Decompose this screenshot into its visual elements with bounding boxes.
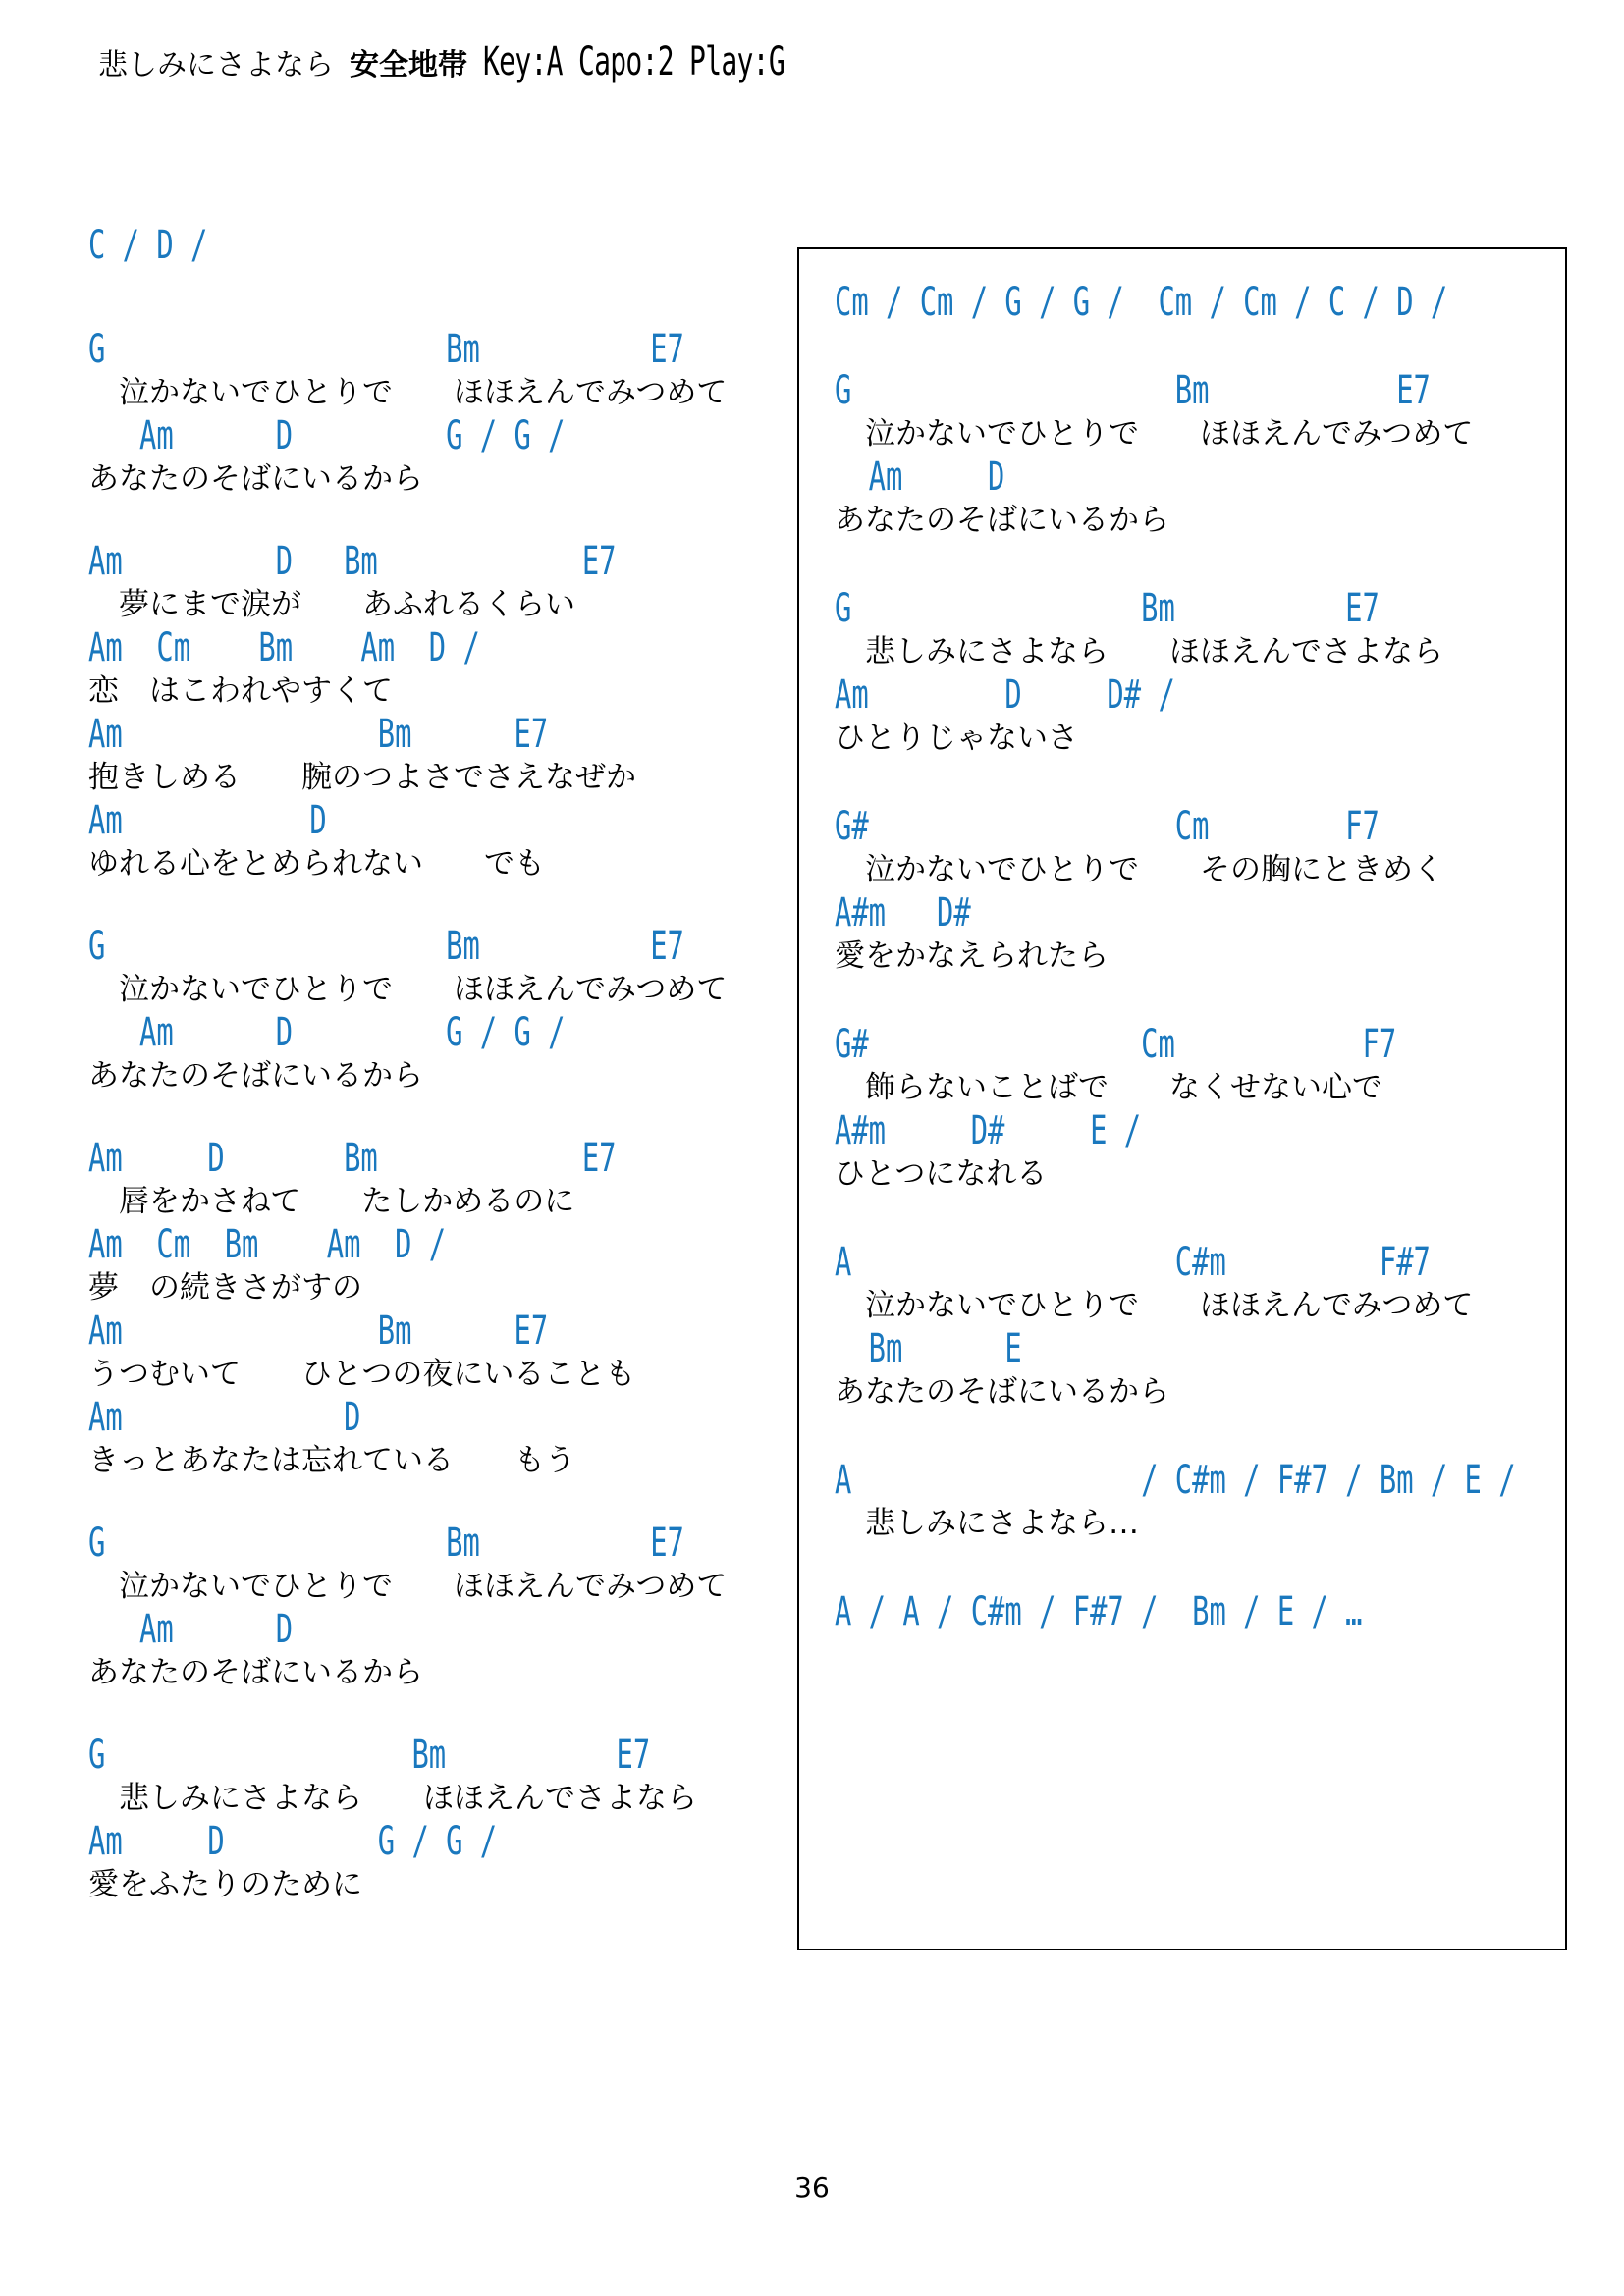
chord-line: G Bm E7 — [88, 1522, 583, 1565]
lyric-line: 恋 はこわれやすくて — [88, 669, 776, 713]
lyric-line: ひとつになれる — [835, 1152, 1565, 1196]
chord-line: G Bm E7 — [835, 587, 1361, 630]
chord-line: Am D — [88, 1396, 583, 1439]
song-block: G Bm E7 泣かないでひとりで ほほえんでみつめて Am Dあなたのそばにい… — [835, 369, 1565, 542]
chord-line: Am D — [835, 455, 1361, 499]
chord-line: A C#m F#7 — [835, 1241, 1361, 1284]
lyric-line: 泣かないでひとりで その胸にときめく — [835, 848, 1565, 891]
song-block: A / C#m / F#7 / Bm / E / 悲しみにさよなら… — [835, 1459, 1565, 1545]
lyric-line: 愛をふたりのために — [88, 1863, 776, 1906]
chord-line: Bm E — [835, 1327, 1361, 1370]
song-block: G Bm E7 悲しみにさよなら ほほえんでさよならAm D G / G /愛を… — [88, 1734, 776, 1906]
page-footer: 36 — [0, 2171, 1624, 2204]
lyric-line: うつむいて ひとつの夜にいることも — [88, 1353, 776, 1396]
chord-line: Am D Bm E7 — [88, 540, 583, 583]
chord-line: G Bm E7 — [88, 1734, 583, 1777]
song-block: Am D Bm E7 夢にまで涙が あふれるくらいAm Cm Bm Am D /… — [88, 540, 776, 885]
lyric-line: 泣かないでひとりで ほほえんでみつめて — [835, 1284, 1565, 1327]
chord-line: Am D — [88, 799, 583, 842]
lyric-line: 飾らないことばで なくせない心で — [835, 1066, 1565, 1109]
lyric-line: あなたのそばにいるから — [88, 1651, 776, 1694]
chord-line: Am Bm E7 — [88, 713, 583, 756]
chord-line: G Bm E7 — [88, 925, 583, 968]
song-block: G Bm E7 泣かないでひとりで ほほえんでみつめて Am Dあなたのそばにい… — [88, 1522, 776, 1694]
lyric-line: ひとりじゃないさ — [835, 717, 1565, 760]
right-column-box: Cm / Cm / G / G / Cm / Cm / C / D /G Bm … — [797, 247, 1567, 1950]
chord-line: G# Cm F7 — [835, 805, 1361, 848]
lyric-line: あなたのそばにいるから — [88, 1054, 776, 1097]
lyric-line: 夢にまで涙が あふれるくらい — [88, 583, 776, 626]
page-number: 36 — [794, 2171, 830, 2204]
song-block: G Bm E7 泣かないでひとりで ほほえんでみつめて Am D G / G /… — [88, 328, 776, 501]
lyric-line: 悲しみにさよなら… — [835, 1502, 1565, 1545]
chord-line: Cm / Cm / G / G / Cm / Cm / C / D / — [835, 281, 1361, 324]
chord-line: Am D D# / — [835, 673, 1361, 717]
song-block: G# Cm F7 飾らないことばで なくせない心でA#m D# E /ひとつにな… — [835, 1023, 1565, 1196]
lyric-line: 泣かないでひとりで ほほえんでみつめて — [88, 1565, 776, 1608]
artist-name: 安全地帯 — [350, 40, 467, 83]
lyric-line: きっとあなたは忘れている もう — [88, 1439, 776, 1482]
chord-line: G# Cm F7 — [835, 1023, 1361, 1066]
lyric-line: あなたのそばにいるから — [88, 457, 776, 501]
song-block: Am D Bm E7 唇をかさねて たしかめるのにAm Cm Bm Am D /… — [88, 1137, 776, 1482]
song-block: C / D / — [88, 224, 776, 267]
chord-line: C / D / — [88, 224, 583, 267]
chord-line: Am D — [88, 1608, 583, 1651]
left-column: C / D /G Bm E7 泣かないでひとりで ほほえんでみつめて Am D … — [88, 224, 776, 1946]
chord-line: Am D G / G / — [88, 1011, 583, 1054]
lyric-line: 抱きしめる 腕のつよさでさえなぜか — [88, 756, 776, 799]
key-capo-play-info: Key:A Capo:2 Play:G — [483, 39, 785, 84]
song-block: G Bm E7 泣かないでひとりで ほほえんでみつめて Am D G / G /… — [88, 925, 776, 1097]
lyric-line: 泣かないでひとりで ほほえんでみつめて — [88, 371, 776, 414]
lyric-line: 唇をかさねて たしかめるのに — [88, 1180, 776, 1223]
song-block: A C#m F#7 泣かないでひとりで ほほえんでみつめて Bm Eあなたのそば… — [835, 1241, 1565, 1414]
lyric-line: 悲しみにさよなら ほほえんでさよなら — [88, 1777, 776, 1820]
lyric-line: あなたのそばにいるから — [835, 499, 1565, 542]
chord-line: A / C#m / F#7 / Bm / E / — [835, 1459, 1361, 1502]
lyric-line: 泣かないでひとりで ほほえんでみつめて — [835, 412, 1565, 455]
lyric-line: あなたのそばにいるから — [835, 1370, 1565, 1414]
chord-line: A / A / C#m / F#7 / Bm / E / … — [835, 1590, 1361, 1633]
song-block: G Bm E7 悲しみにさよなら ほほえんでさよならAm D D# /ひとりじゃ… — [835, 587, 1565, 760]
chord-line: A#m D# E / — [835, 1109, 1361, 1152]
chord-line: G Bm E7 — [835, 369, 1361, 412]
lyric-line: 悲しみにさよなら ほほえんでさよなら — [835, 630, 1565, 673]
chord-sheet-page: { "header": { "song_title": "悲しみにさよなら", … — [0, 0, 1624, 2296]
song-block: A / A / C#m / F#7 / Bm / E / … — [835, 1590, 1565, 1633]
lyric-line: 夢 の続きさがすの — [88, 1266, 776, 1309]
chord-line: Am Cm Bm Am D / — [88, 1223, 583, 1266]
lyric-line: 愛をかなえられたら — [835, 934, 1565, 978]
chord-line: G Bm E7 — [88, 328, 583, 371]
chord-line: Am D Bm E7 — [88, 1137, 583, 1180]
lyric-line: 泣かないでひとりで ほほえんでみつめて — [88, 968, 776, 1011]
lyric-line: ゆれる心をとめられない でも — [88, 842, 776, 885]
song-block: G# Cm F7 泣かないでひとりで その胸にときめくA#m D#愛をかなえられ… — [835, 805, 1565, 978]
song-block: Cm / Cm / G / G / Cm / Cm / C / D / — [835, 281, 1565, 324]
chord-line: Am Bm E7 — [88, 1309, 583, 1353]
chord-line: Am Cm Bm Am D / — [88, 626, 583, 669]
page-header: 悲しみにさよなら 安全地帯 Key:A Capo:2 Play:G — [98, 39, 914, 84]
chord-line: Am D G / G / — [88, 414, 583, 457]
song-title: 悲しみにさよなら — [98, 40, 334, 83]
chord-line: Am D G / G / — [88, 1820, 583, 1863]
chord-line: A#m D# — [835, 891, 1361, 934]
